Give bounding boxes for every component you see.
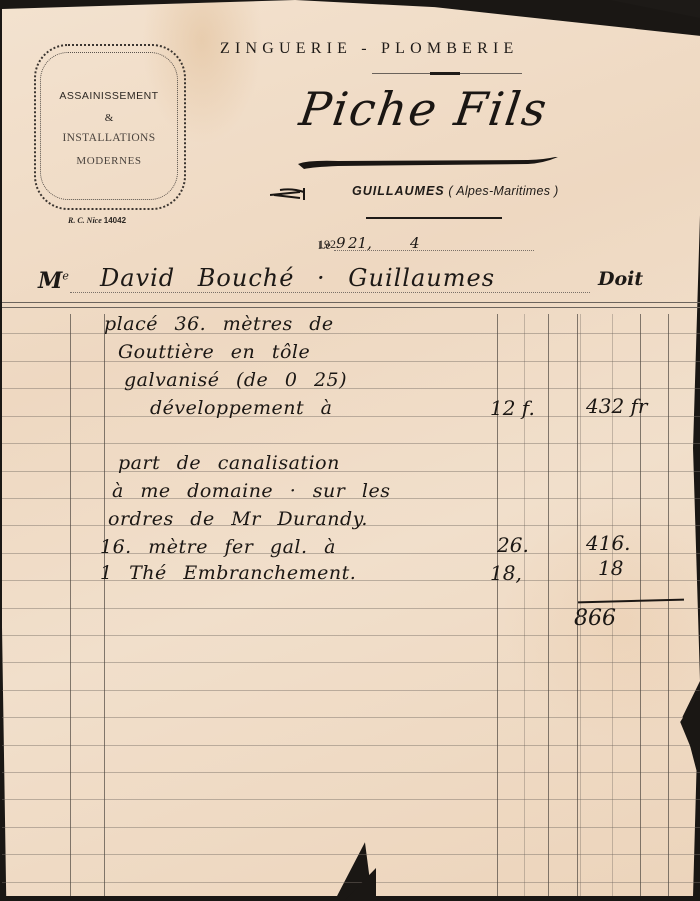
ledger-column-rule bbox=[548, 314, 549, 896]
item-4-amount: 18 bbox=[598, 556, 623, 580]
letterhead-logo: ASSAINISSEMENT & INSTALLATIONS MODERNES bbox=[34, 44, 184, 209]
registration-prefix: R. C. Nice bbox=[68, 216, 102, 225]
item-3-amount: 416. bbox=[586, 531, 631, 555]
item-2-description-line-1: part de canalisation bbox=[118, 452, 340, 474]
item-2-description-line-3: ordres de Mr Durandy. bbox=[108, 508, 368, 530]
ledger-rule bbox=[2, 717, 700, 718]
ledger-rule bbox=[2, 799, 700, 800]
trade-heading: ZINGUERIE - PLOMBERIE bbox=[220, 40, 519, 58]
town-name: GUILLAUMES bbox=[352, 184, 445, 198]
recipient-prefix-suffix: e bbox=[62, 270, 69, 283]
item-1-unit-price: 12 f. bbox=[490, 396, 535, 420]
item-1-description-line-3: galvanisé (de 0 25) bbox=[124, 369, 347, 391]
owes-label: Doit bbox=[598, 268, 643, 290]
item-1-description-line-1: placé 36. mètres de bbox=[104, 313, 334, 335]
item-1-description-line-4: développement à bbox=[150, 397, 332, 419]
ledger-rule bbox=[2, 443, 700, 444]
ledger-rule bbox=[2, 471, 700, 472]
logo-line-modern: MODERNES bbox=[34, 155, 184, 167]
item-3-description: 16. mètre fer gal. à bbox=[100, 536, 336, 558]
ledger-rule bbox=[2, 635, 700, 636]
recipient-prefix-m: M bbox=[38, 268, 62, 294]
swash-underline-icon bbox=[298, 157, 566, 169]
trade-divider bbox=[372, 73, 522, 74]
ledger-rule bbox=[2, 388, 700, 389]
registration: R. C. Nice 14042 bbox=[68, 216, 126, 225]
logo-line-ampersand: & bbox=[34, 112, 184, 124]
logo-line-sanitation: ASSAINISSEMENT bbox=[34, 90, 184, 102]
item-1-amount: 432 fr bbox=[586, 394, 648, 418]
date-row: Le 21, 4 1929 bbox=[318, 234, 568, 256]
item-4-unit-price: 18, bbox=[490, 561, 522, 585]
ledger-rule bbox=[2, 827, 700, 828]
item-4-description: 1 Thé Embranchement. bbox=[100, 562, 356, 584]
ledger-rule bbox=[2, 772, 700, 773]
item-1-description-line-2: Gouttière en tôle bbox=[118, 341, 310, 363]
date-day: 21, bbox=[348, 234, 372, 252]
ledger-column-rule bbox=[580, 314, 581, 896]
date-label: Le bbox=[318, 238, 331, 253]
torn-corner bbox=[550, 0, 700, 18]
date-month: 4 bbox=[410, 234, 420, 252]
ledger-column-rule bbox=[70, 314, 71, 896]
ledger-column-rule bbox=[668, 314, 669, 896]
invoice-total: 866 bbox=[574, 606, 616, 631]
ledger-rule bbox=[2, 854, 700, 855]
town-region: ( Alpes-Maritimes ) bbox=[448, 184, 558, 198]
ledger-rule bbox=[2, 690, 700, 691]
recipient-row: Me David Bouché · Guillaumes Doit bbox=[0, 256, 700, 302]
ledger-rule bbox=[2, 745, 700, 746]
ledger-rule bbox=[2, 882, 700, 883]
ledger-column-rule bbox=[104, 314, 105, 896]
firm-name: Piche Fils bbox=[296, 82, 551, 136]
town-line: GUILLAUMES ( Alpes-Maritimes ) bbox=[352, 184, 559, 198]
recipient-prefix: Me bbox=[38, 268, 69, 294]
recipient-dotted-line bbox=[70, 292, 590, 293]
town-divider bbox=[366, 217, 502, 219]
item-3-unit-price: 26. bbox=[497, 533, 529, 557]
ledger-rule bbox=[2, 662, 700, 663]
item-2-description-line-2: à me domaine · sur les bbox=[112, 480, 390, 502]
ledger-rule bbox=[2, 361, 700, 362]
ledger-column-rule bbox=[577, 314, 578, 896]
registration-number: 14042 bbox=[104, 216, 126, 225]
pointing-ornament-icon bbox=[270, 186, 314, 202]
recipient-name: David Bouché · Guillaumes bbox=[100, 264, 495, 292]
logo-line-installations: INSTALLATIONS bbox=[34, 132, 184, 144]
logo-inner-frame bbox=[40, 52, 178, 200]
